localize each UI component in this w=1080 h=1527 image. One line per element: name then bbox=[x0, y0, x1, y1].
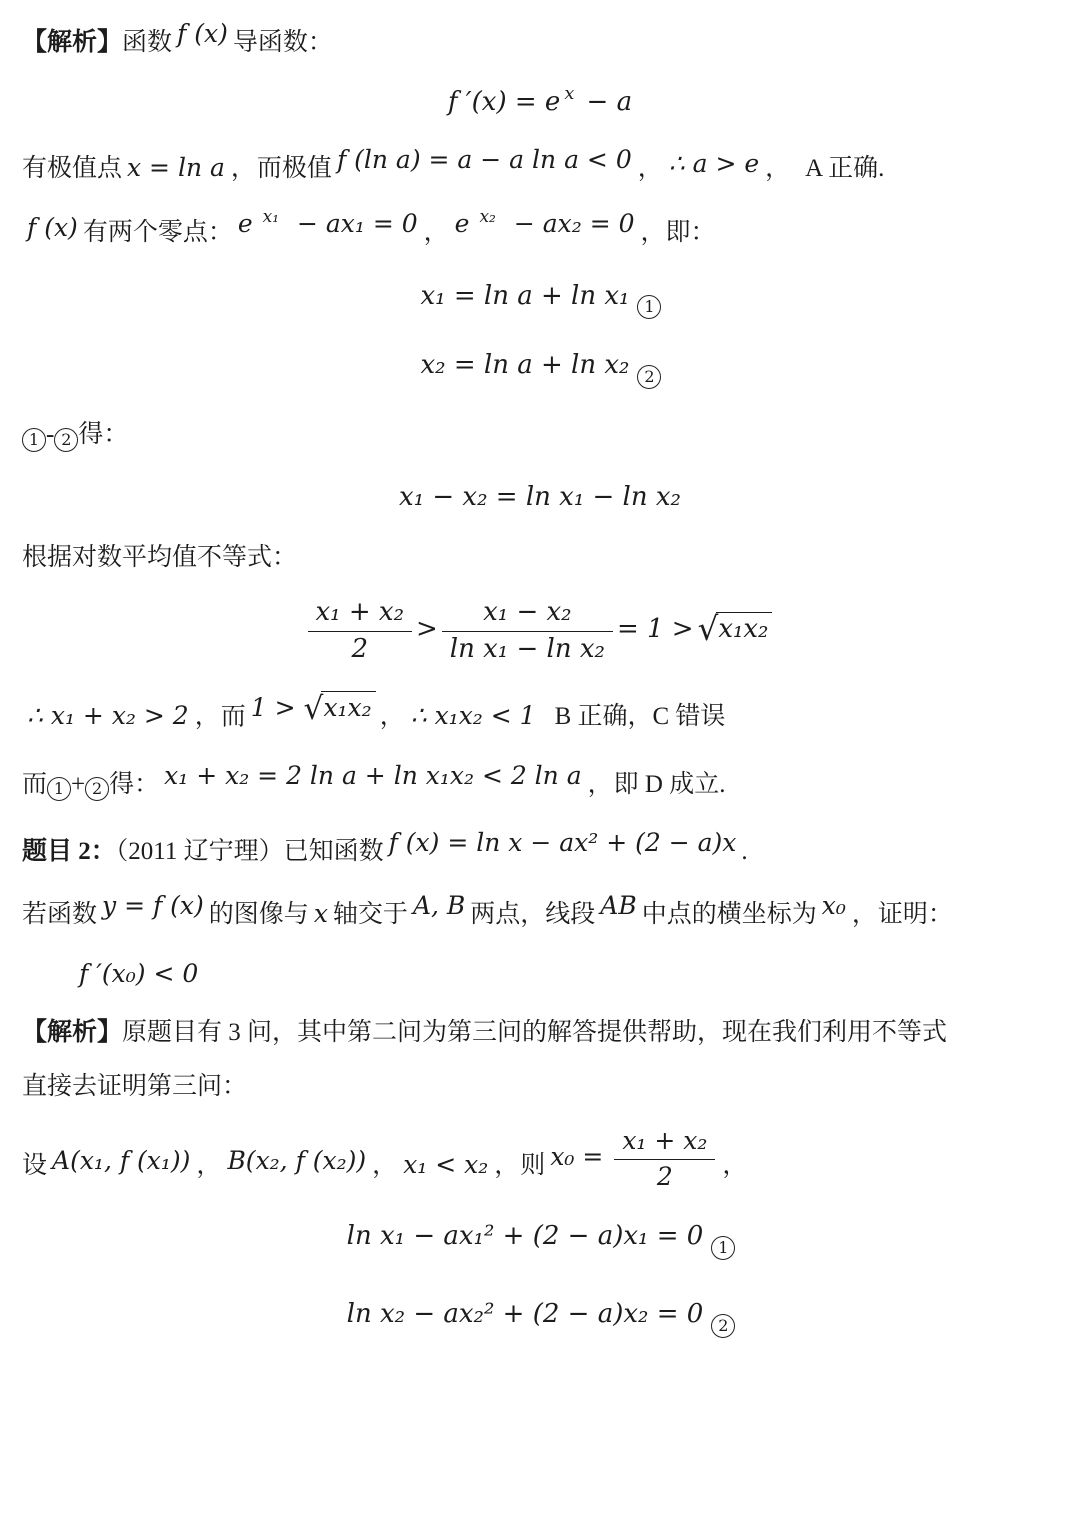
math: f ′(x) = e bbox=[448, 87, 560, 117]
denominator: 2 bbox=[614, 1160, 715, 1192]
math: ln x₂ − ax₂² + (2 − a)x₂ = 0 bbox=[347, 1299, 704, 1329]
inline-math-x0: x₀ =x₁ + x₂2 bbox=[545, 1127, 721, 1192]
text: 设 bbox=[22, 1152, 47, 1179]
comma: ， bbox=[765, 155, 790, 182]
inline-math: ∴ a > e bbox=[669, 146, 759, 182]
equation-label-1: 1 bbox=[637, 295, 661, 319]
text: 得： bbox=[78, 421, 128, 448]
analysis-1-zeros: f (x)有两个零点：ex₁ − ax₁ = 0，ex₂ − ax₂ = 0，即… bbox=[22, 213, 1058, 251]
inline-math: ∴ x₁ + x₂ > 2 bbox=[27, 701, 189, 730]
comma-then: ，即： bbox=[641, 219, 716, 246]
inline-math-sqrt: 1 >√x₁x₂ bbox=[246, 687, 379, 732]
text: 则 bbox=[520, 1152, 545, 1179]
math: x₁ − x₂ = ln x₁ − ln x₂ bbox=[399, 482, 681, 512]
equation-derivative: f ′(x) = ex − a bbox=[22, 83, 1058, 120]
inline-math-point-b: B(x₂, f (x₂)) bbox=[227, 1143, 366, 1179]
greater-than: > bbox=[416, 614, 438, 644]
text: 根据对数平均值不等式： bbox=[22, 544, 297, 571]
analysis-label: 【解析】 bbox=[22, 29, 122, 56]
math: f ′(x₀) < 0 bbox=[79, 959, 198, 988]
log-mean-intro: 根据对数平均值不等式： bbox=[22, 540, 1058, 576]
text: 得： bbox=[109, 771, 159, 798]
setup-points: 设A(x₁, f (x₁))，B(x₂, f (x₂))，x₁ < x₂，则x₀… bbox=[22, 1135, 1058, 1200]
equation-x1: x₁ = ln a + ln x₁1 bbox=[22, 278, 1058, 320]
plus: + bbox=[71, 771, 85, 798]
inline-math: x₁ + x₂ = 2 ln a + ln x₁x₂ < 2 ln a bbox=[164, 758, 582, 794]
text: 而极值 bbox=[257, 155, 332, 182]
square-root: √x₁x₂ bbox=[304, 687, 376, 732]
text: 中点的横坐标为 bbox=[642, 901, 817, 928]
comma: ， bbox=[494, 1152, 519, 1179]
document-page: 【解析】函数f (x)导函数： f ′(x) = ex − a 有极值点x = … bbox=[0, 0, 1080, 1527]
inline-math: x₀ bbox=[822, 888, 846, 924]
comma: ， bbox=[852, 901, 877, 928]
text-conclusion-a: A 正确. bbox=[805, 155, 884, 182]
circled-1: 1 bbox=[47, 777, 71, 801]
numerator: x₁ − x₂ bbox=[442, 598, 613, 632]
text: 有极值点 bbox=[22, 155, 122, 182]
inline-math-fx: f (x) bbox=[177, 16, 228, 52]
equation-difference: x₁ − x₂ = ln x₁ − ln x₂ bbox=[22, 479, 1058, 515]
comma: ， bbox=[722, 1152, 747, 1179]
denominator: ln x₁ − ln x₂ bbox=[442, 632, 613, 665]
math-superscript: x₁ bbox=[263, 207, 279, 227]
equation-ln1: ln x₁ − ax₁² + (2 − a)x₁ = 01 bbox=[22, 1218, 1058, 1260]
text: 而 bbox=[22, 771, 47, 798]
comma: ， bbox=[231, 155, 256, 182]
comma: ， bbox=[372, 1152, 397, 1179]
text: 有两个零点： bbox=[83, 219, 233, 246]
inline-math-zero-1: ex₁ − ax₁ = 0 bbox=[233, 205, 423, 243]
math: 1 > bbox=[251, 693, 296, 722]
comma: ， bbox=[424, 219, 449, 246]
step-subtract: 1-2得： bbox=[22, 417, 1058, 453]
inline-math: x₁ < x₂ bbox=[403, 1150, 488, 1179]
text: 证明： bbox=[878, 901, 953, 928]
text: 轴交于 bbox=[333, 901, 408, 928]
equation-fprime-x0: f ′(x₀) < 0 bbox=[22, 956, 1058, 993]
text-conclusion-d: 即 D 成立. bbox=[614, 771, 726, 798]
math: x₂ = ln a + ln x₂ bbox=[421, 350, 630, 380]
math: x₀ = bbox=[550, 1142, 603, 1171]
radicand: x₁x₂ bbox=[716, 612, 772, 644]
text: 而 bbox=[221, 703, 246, 730]
circled-2: 2 bbox=[54, 428, 78, 452]
inline-math: x bbox=[314, 899, 328, 928]
text: 函数 bbox=[122, 29, 172, 56]
comma: ， bbox=[588, 771, 613, 798]
inline-math: y = f (x) bbox=[102, 888, 204, 924]
problem-2-label: 题目 2： bbox=[22, 838, 116, 865]
math: x₁ = ln a + ln x₁ bbox=[421, 281, 630, 311]
analysis-1-extremum: 有极值点x = ln a，而极值f (ln a) = a − a ln a < … bbox=[22, 150, 1058, 187]
inline-math-point-a: A(x₁, f (x₁)) bbox=[52, 1143, 190, 1179]
problem-2-source: （2011 辽宁理）已知函数 bbox=[116, 838, 384, 865]
radicand: x₁x₂ bbox=[321, 691, 375, 722]
square-root: √x₁x₂ bbox=[698, 608, 773, 652]
math: e bbox=[455, 209, 470, 238]
text: 两点，线段 bbox=[470, 901, 595, 928]
text: 直接去证明第三问： bbox=[22, 1073, 247, 1100]
inline-math-zero-2: ex₂ − ax₂ = 0 bbox=[450, 205, 640, 243]
math: ln x₁ − ax₁² + (2 − a)x₁ = 0 bbox=[347, 1221, 704, 1251]
equation-ln2: ln x₂ − ax₂² + (2 − a)x₂ = 02 bbox=[22, 1296, 1058, 1338]
fraction-2: x₁ − x₂ln x₁ − ln x₂ bbox=[442, 598, 613, 665]
problem-2-title: 题目 2：（2011 辽宁理）已知函数f (x) = ln x − ax² + … bbox=[22, 833, 1058, 870]
equation-label-1: 1 bbox=[711, 1236, 735, 1260]
numerator: x₁ + x₂ bbox=[308, 598, 413, 632]
analysis-label: 【解析】 bbox=[22, 1019, 122, 1046]
circled-2: 2 bbox=[85, 777, 109, 801]
comma: ， bbox=[380, 703, 405, 730]
math: − ax₂ = 0 bbox=[506, 209, 635, 238]
math: e bbox=[238, 209, 253, 238]
equation-label-2: 2 bbox=[711, 1314, 735, 1338]
circled-1: 1 bbox=[22, 428, 46, 452]
text-conclusion-bc: B 正确，C 错误 bbox=[555, 703, 726, 730]
math: = 1 > bbox=[617, 614, 694, 644]
comma: ， bbox=[196, 1152, 221, 1179]
inline-math: f (ln a) = a − a ln a < 0 bbox=[337, 142, 632, 178]
equation-label-2: 2 bbox=[637, 365, 661, 389]
analysis-2-intro-line1: 【解析】原题目有 3 问，其中第二问为第三问的解答提供帮助，现在我们利用不等式 bbox=[22, 1015, 1058, 1051]
inline-math-fx-def: f (x) = ln x − ax² + (2 − a)x bbox=[389, 825, 737, 861]
math-superscript: x bbox=[564, 84, 574, 104]
numerator: x₁ + x₂ bbox=[614, 1127, 715, 1160]
analysis-2-intro-line2: 直接去证明第三问： bbox=[22, 1069, 1058, 1105]
denominator: 2 bbox=[308, 632, 413, 665]
math: − ax₁ = 0 bbox=[289, 209, 418, 238]
comma: ， bbox=[638, 155, 663, 182]
fraction: x₁ + x₂2 bbox=[614, 1127, 715, 1192]
analysis-1-intro: 【解析】函数f (x)导函数： bbox=[22, 24, 1058, 61]
fraction-1: x₁ + x₂2 bbox=[308, 598, 413, 665]
math: − a bbox=[578, 87, 632, 117]
math-superscript: x₂ bbox=[479, 207, 495, 227]
comma: ， bbox=[195, 703, 220, 730]
text: 导函数： bbox=[233, 29, 333, 56]
text: 若函数 bbox=[22, 901, 97, 928]
inline-math: AB bbox=[600, 888, 636, 924]
inline-math: x = ln a bbox=[127, 153, 225, 182]
conclusion-bc: ∴ x₁ + x₂ > 2，而1 >√x₁x₂，∴ x₁x₂ < 1B 正确，C… bbox=[22, 695, 1058, 740]
dash: - bbox=[46, 421, 54, 448]
equation-log-mean: x₁ + x₂2>x₁ − x₂ln x₁ − ln x₂= 1 >√x₁x₂ bbox=[22, 598, 1058, 665]
inline-math: A, B bbox=[413, 888, 465, 924]
problem-2-statement: 若函数y = f (x)的图像与x轴交于A, B两点，线段AB中点的横坐标为x₀… bbox=[22, 896, 1058, 933]
text: 原题目有 3 问，其中第二问为第三问的解答提供帮助，现在我们利用不等式 bbox=[122, 1019, 947, 1046]
period: . bbox=[741, 838, 747, 865]
inline-math: ∴ x₁x₂ < 1 bbox=[411, 701, 536, 730]
text: 的图像与 bbox=[209, 901, 309, 928]
conclusion-d: 而1+2得：x₁ + x₂ = 2 ln a + ln x₁x₂ < 2 ln … bbox=[22, 766, 1058, 803]
equation-x2: x₂ = ln a + ln x₂2 bbox=[22, 347, 1058, 389]
inline-math-fx: f (x) bbox=[27, 210, 78, 246]
